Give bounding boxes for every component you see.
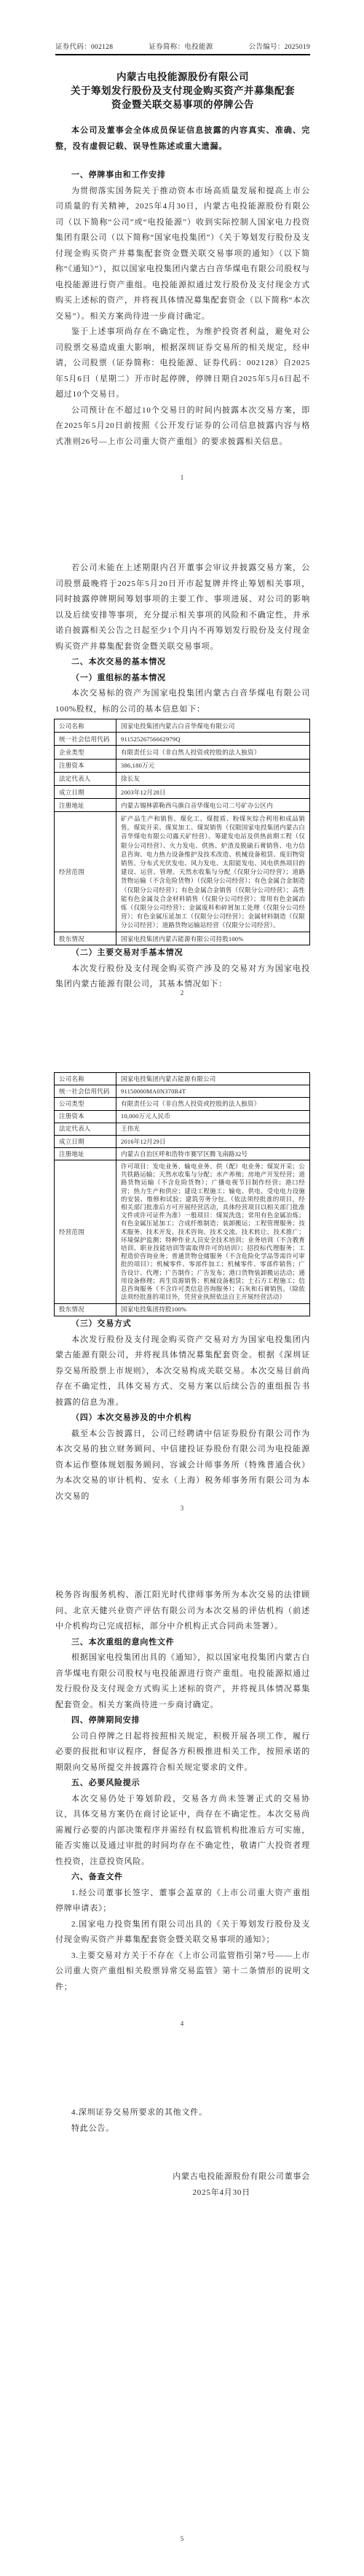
table-row: 成立日期 2003年12月28日 xyxy=(55,786,310,799)
counterparty-table: 公司名称 国家电投集团内蒙古能源有限公司 统一社会信用代码 91150000MA… xyxy=(54,1072,310,1316)
title-line-1: 内蒙古电投能源股份有限公司 xyxy=(55,70,310,84)
announcement-number: 公告编号：2025019 xyxy=(249,41,310,51)
header-row: 证券代码：002128 证券简称：电投能源 公告编号：2025019 xyxy=(55,41,310,55)
table-row: 股东情况 国家电投集团持股100% xyxy=(55,1303,310,1316)
page-number-1: 1 xyxy=(0,474,364,481)
section-5-heading: 五、必要风险提示 xyxy=(55,1776,310,1792)
section-1-paragraph-4: 若公司未能在上述期限内召开董事会审议并披露交易方案，公司股票最晚将于2025年5… xyxy=(55,561,310,655)
table-row: 注册地址 内蒙古自治区呼和浩特市赛罕区腾飞南路32号 xyxy=(55,1148,310,1160)
section-4-heading: 四、停牌期间安排 xyxy=(55,1713,310,1729)
intermediaries-paragraph-part-2: 税务咨询服务机构、浙江阳光时代律师事务所为本次交易的法律顾问、北京天健兴业资产评… xyxy=(55,1588,310,1635)
table-row: 经营范围 矿产品生产和销售、煤化工、煤提质、粉煤灰综合利用和成品销售。煤炭开采、… xyxy=(55,812,310,932)
section-1-paragraph-1: 为贯彻落实国务院关于推动资本市场高质量发展和提高上市公司质量的有关精神，2025… xyxy=(55,184,310,325)
reference-document-2: 2.国家电力投资集团有限公司出具的《关于筹划发行股份及支付现金购买资产并募集配套… xyxy=(55,1917,310,1948)
target-company-intro: 本次交易标的资产为国家电投集团内蒙古白音华煤电有限公司100%股权，标的公司的基… xyxy=(55,686,310,717)
page-number-5: 5 xyxy=(0,2535,364,2542)
announcement-document: 证券代码：002128 证券简称：电投能源 公告编号：2025019 内蒙古电投… xyxy=(0,0,364,2576)
table-row: 注册地址 内蒙古锡林郭勒西乌旗白音华煤电公司二号矿办公区内 xyxy=(55,799,310,812)
section-1-paragraph-2: 鉴于上述事项尚存在不确定性，为维护投资者利益，避免对公司股票交易造成重大影响，根… xyxy=(55,324,310,403)
page-2: 若公司未能在上述期限内召开董事会审议并披露交易方案，公司股票最晚将于2025年5… xyxy=(0,515,364,1031)
table-row: 公司名称 国家电投集团内蒙古能源有限公司 xyxy=(55,1073,310,1085)
page-number-4: 4 xyxy=(0,2020,364,2027)
table-row: 统一社会信用代码 91152526756662979Q xyxy=(55,733,310,746)
page-3: 公司名称 国家电投集团内蒙古能源有限公司 统一社会信用代码 91150000MA… xyxy=(0,1031,364,1546)
section-2-sub-3-heading: （三）交易方式 xyxy=(55,1316,310,1332)
signature-company: 内蒙古电投能源股份有限公司董事会 xyxy=(55,2169,310,2185)
table-row: 经营范围 许可项目：发电业务、输电业务、供（配）电业务；煤炭开采；公共铁路运输；… xyxy=(55,1160,310,1303)
document-title: 内蒙古电投能源股份有限公司 关于筹划发行股份及支付现金购买资产并募集配套 资金暨… xyxy=(55,70,310,112)
closing-statement: 特此公告。 xyxy=(55,2121,310,2137)
table-row: 统一社会信用代码 91150000MA0N370R4T xyxy=(55,1085,310,1098)
table-row: 法定代表人 王伟光 xyxy=(55,1123,310,1135)
stock-code: 证券代码：002128 xyxy=(55,41,113,51)
section-1-heading: 一、停牌事由和工作安排 xyxy=(55,168,310,184)
reference-document-1: 1.经公司董事长签字、董事会盖章的《上市公司重大资产重组停牌申请表》； xyxy=(55,1886,310,1917)
signature-date: 2025年4月30日 xyxy=(55,2185,310,2201)
table-row: 注册资本 10,000万元人民币 xyxy=(55,1110,310,1123)
page-1: 证券代码：002128 证券简称：电投能源 公告编号：2025019 内蒙古电投… xyxy=(0,0,364,515)
table-row: 成立日期 2016年12月29日 xyxy=(55,1136,310,1148)
section-3-heading: 三、本次重组的意向性文件 xyxy=(55,1635,310,1651)
section-1-paragraph-3: 公司预计在不超过10个交易日的时间内披露本次交易方案，即在2025年5月20日前… xyxy=(55,403,310,450)
table-row: 股东情况 国家电投集团内蒙古能源有限公司持股100% xyxy=(55,932,310,945)
page-number-3: 3 xyxy=(0,1504,364,1512)
section-2-sub-2-heading: （二）主要交易对手基本情况 xyxy=(55,945,310,961)
section-2-heading: 二、本次交易的基本情况 xyxy=(55,655,310,671)
page-number-2: 2 xyxy=(0,989,364,996)
page-5: 4.深圳证券交易所要求的其他文件。 特此公告。 内蒙古电投能源股份有限公司董事会… xyxy=(0,2061,364,2576)
counterparty-intro: 本次发行股份及支付现金购买资产涉及的交易对方为国家电投集团内蒙古能源有限公司，其… xyxy=(55,961,310,993)
section-6-heading: 六、备查文件 xyxy=(55,1870,310,1886)
table-row: 公司名称 国家电投集团内蒙古白音华煤电有限公司 xyxy=(55,719,310,733)
table-row: 注册资本 386,180万元 xyxy=(55,759,310,772)
section-5-paragraph: 本次交易仍处于筹划阶段，交易各方尚未签署正式的交易协议，具体交易方案仍在商讨论证… xyxy=(55,1792,310,1870)
page-4: 税务咨询服务机构、浙江阳光时代律师事务所为本次交易的法律顾问、北京天健兴业资产评… xyxy=(0,1546,364,2061)
section-4-paragraph: 公司自停牌之日起将按照相关规定，积极开展各项工作，履行必要的报批和审议程序，督促… xyxy=(55,1729,310,1776)
section-3-paragraph: 根据国家电投集团出具的《通知》，拟以国家电投集团内蒙古白音华煤电有限公司股权与电… xyxy=(55,1650,310,1713)
declaration-paragraph: 本公司及董事会全体成员保证信息披露的内容真实、准确、完整，没有虚假记载、误导性陈… xyxy=(55,123,310,155)
target-company-table: 公司名称 国家电投集团内蒙古白音华煤电有限公司 统一社会信用代码 9115252… xyxy=(54,719,310,945)
table-row: 企业类型 有限责任公司（非自然人投资或控股的法人独资） xyxy=(55,746,310,759)
section-2-sub-4-heading: （四）本次交易涉及的中介机构 xyxy=(55,1410,310,1426)
table-row: 法定代表人 徐长友 xyxy=(55,772,310,785)
section-2-sub-1-heading: （一）重组标的基本情况 xyxy=(55,671,310,687)
transaction-method-paragraph: 本次发行股份及支付现金购买资产交易对方为国家电投集团内蒙古能源有限公司，并将视具… xyxy=(55,1332,310,1411)
intermediaries-paragraph-part-1: 截至本公告披露日，公司已经聘请中信证券股份有限公司作为本次交易的独立财务顾问、中… xyxy=(55,1426,310,1505)
reference-document-4: 4.深圳证券交易所要求的其他文件。 xyxy=(55,2105,310,2121)
stock-short-name: 证券简称：电投能源 xyxy=(149,41,213,51)
reference-document-3: 3.主要交易对方关于不存在《上市公司监管指引第7号——上市公司重大资产重组相关股… xyxy=(55,1948,310,1996)
title-line-3: 资金暨关联交易事项的停牌公告 xyxy=(55,98,310,112)
title-line-2: 关于筹划发行股份及支付现金购买资产并募集配套 xyxy=(55,84,310,98)
table-row: 公司类型 有限责任公司（非自然人投资或控股的法人独资） xyxy=(55,1098,310,1110)
